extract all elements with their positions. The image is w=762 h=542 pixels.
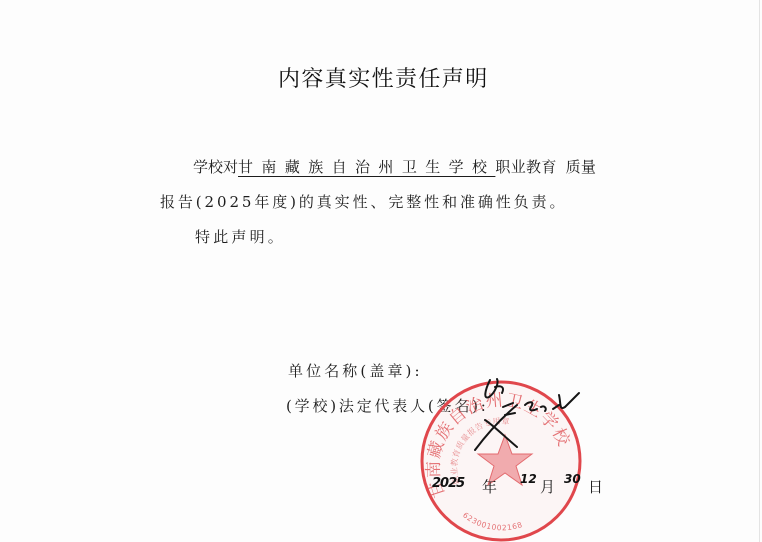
signature-date: 2025 年 12 月 30 日 [430, 470, 620, 500]
paragraph-suffix-end: 质量 [566, 158, 597, 176]
svg-text:623001002168: 623001002168 [461, 510, 524, 532]
paragraph-prefix: 学校对 [193, 158, 238, 176]
page-edge [759, 0, 760, 542]
date-month-handwritten: 12 [520, 472, 537, 486]
legal-rep-label: (学校)法定代表人(签名): [286, 395, 489, 416]
date-day-handwritten: 30 [564, 472, 581, 486]
document-title: 内容真实性责任声明 [278, 62, 489, 93]
document-page: 内容真实性责任声明 学校对甘南藏族自治州卫生学校职业教育质量 报告(2025年度… [0, 0, 762, 542]
date-month-label: 月 [540, 476, 555, 497]
date-day-label: 日 [588, 476, 603, 497]
date-year-handwritten: 2025 [432, 476, 464, 491]
unit-name-label: 单位名称(盖章): [288, 360, 423, 381]
paragraph-suffix: 职业教育 [495, 158, 556, 176]
paragraph-line-1: 学校对甘南藏族自治州卫生学校职业教育质量 [193, 156, 596, 177]
date-year-label: 年 [482, 476, 497, 497]
paragraph-line-2: 报告(2025年度)的真实性、完整性和准确性负责。 [160, 191, 567, 212]
school-name-underlined: 甘南藏族自治州卫生学校 [238, 158, 495, 176]
declaration-closing: 特此声明。 [195, 226, 286, 247]
